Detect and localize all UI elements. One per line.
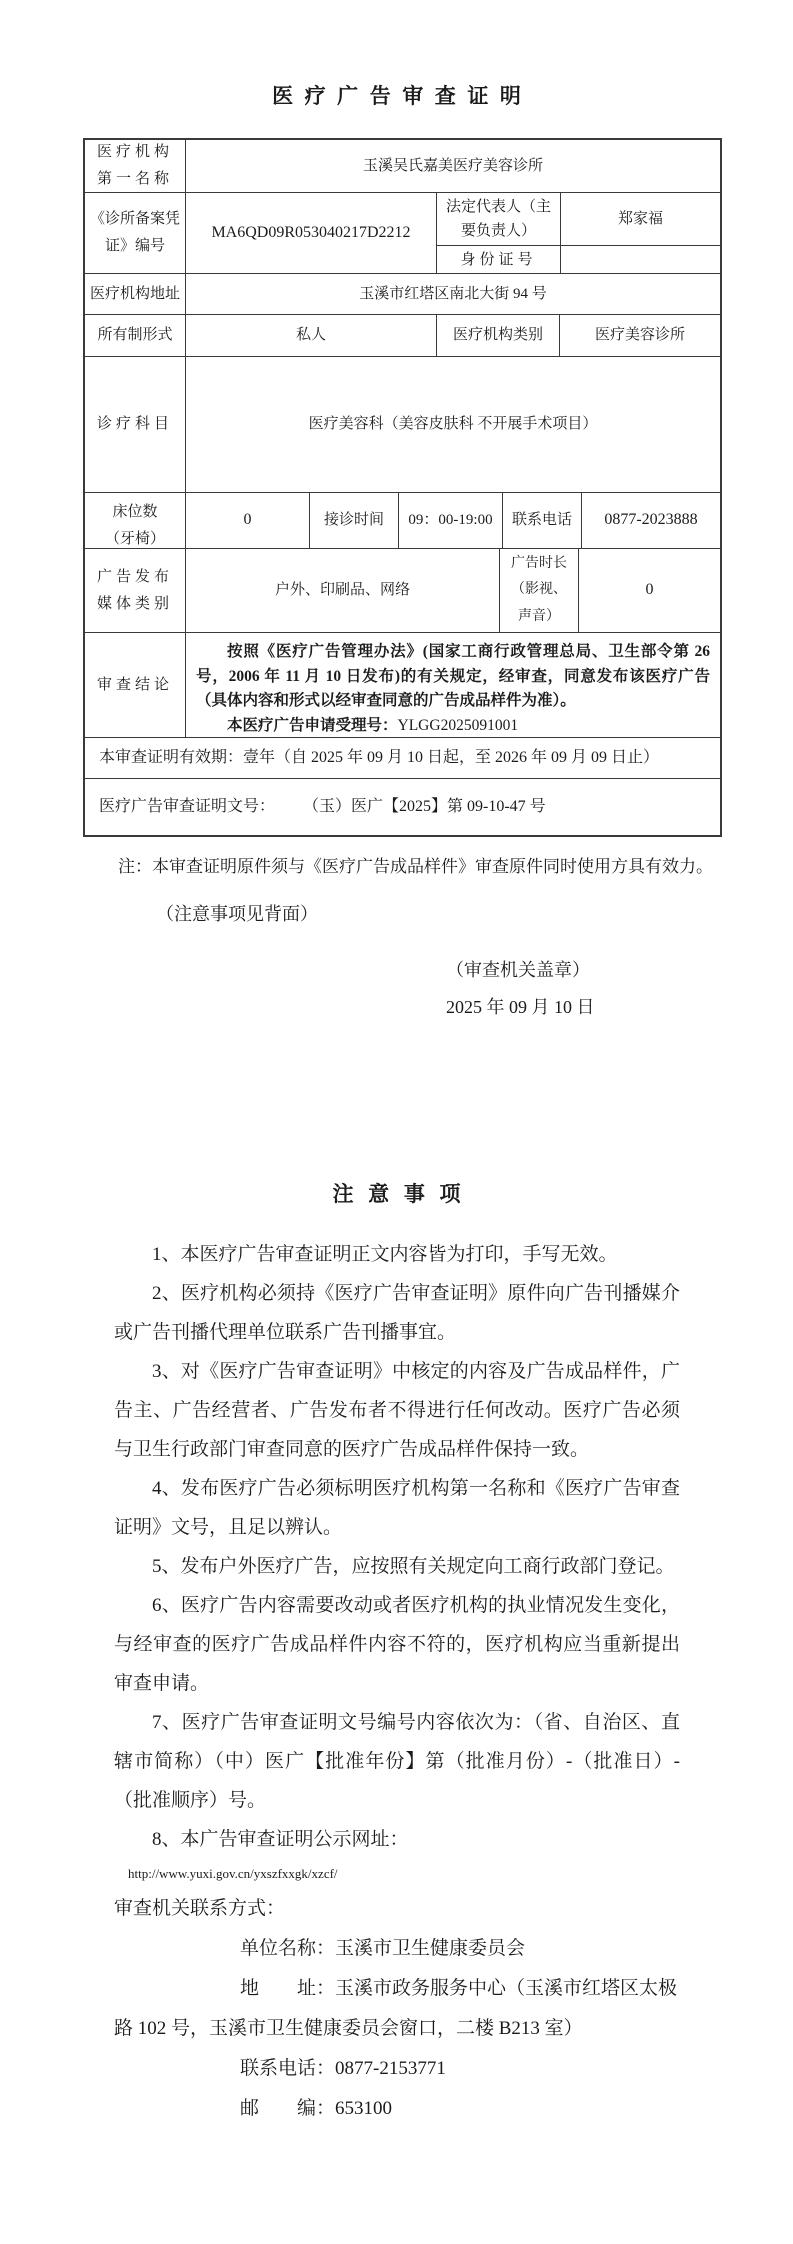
page-title: 医疗广告审查证明 — [0, 80, 793, 110]
cert-no-cell: 医疗广告审查证明文号： （玉）医广【2025】第 09-10-47 号 — [85, 779, 720, 835]
acceptance-line: 本医疗广告申请受理号：YLGG2025091001 — [196, 714, 710, 739]
media-label: 广告发布媒体类别 — [85, 549, 185, 632]
phone-value: 0877-2023888 — [581, 493, 720, 548]
contact-heading: 审查机关联系方式： — [114, 1889, 680, 1929]
notice-item-4: 4、发布医疗广告必须标明医疗机构第一名称和《医疗广告审查证明》文号，且足以辨认。 — [114, 1469, 680, 1547]
table-row-address: 医疗机构地址 玉溪市红塔区南北大街 94 号 — [85, 273, 720, 314]
conclusion-label: 审查结论 — [85, 633, 185, 737]
org-name-label: 医疗机构第一名称 — [85, 140, 185, 192]
ownership-value: 私人 — [185, 315, 436, 356]
duration-value: 0 — [578, 549, 720, 632]
table-row-ownership: 所有制形式 私人 医疗机构类别 医疗美容诊所 — [85, 314, 720, 356]
acceptance-number: YLGG2025091001 — [398, 717, 519, 734]
certificate-page: 医疗广告审查证明 医疗机构第一名称 玉溪吴氏嘉美医疗美容诊所 《诊所备案凭证》编… — [0, 0, 793, 2244]
address-value: 玉溪市红塔区南北大街 94 号 — [185, 274, 720, 314]
legal-rep-subrow: 法定代表人（主要负责人） 郑家福 — [437, 193, 720, 245]
table-row-org-name: 医疗机构第一名称 玉溪吴氏嘉美医疗美容诊所 — [85, 140, 720, 192]
legal-rep-label: 法定代表人（主要负责人） — [437, 193, 560, 245]
issue-date: 2025 年 09 月 10 日 — [446, 993, 595, 1019]
notices-body: 1、本医疗广告审查证明正文内容皆为打印，手写无效。 2、医疗机构必须持《医疗广告… — [114, 1235, 680, 2129]
ownership-label: 所有制形式 — [85, 315, 185, 356]
certificate-table: 医疗机构第一名称 玉溪吴氏嘉美医疗美容诊所 《诊所备案凭证》编号 MA6QD09… — [83, 138, 722, 837]
media-value: 户外、印刷品、网络 — [185, 549, 499, 632]
cert-no-label: 医疗广告审查证明文号： — [99, 793, 275, 822]
stamp-placeholder: （审查机关盖章） — [446, 956, 590, 982]
address-label: 医疗机构地址 — [85, 274, 185, 314]
notice-item-7: 7、医疗广告审查证明文号编号内容依次为：（省、自治区、直辖市简称）（中）医广【批… — [114, 1703, 680, 1820]
conclusion-cell: 按照《医疗广告管理办法》(国家工商行政管理总局、卫生部令第 26 号，2006 … — [185, 633, 720, 737]
beds-label: 床位数 （牙椅） — [85, 493, 185, 548]
org-type-label: 医疗机构类别 — [436, 315, 559, 356]
notice-item-5: 5、发布户外医疗广告，应按照有关规定向工商行政部门登记。 — [114, 1547, 680, 1586]
departments-value: 医疗美容科（美容皮肤科 不开展手术项目） — [185, 357, 720, 492]
phone-label: 联系电话 — [502, 493, 581, 548]
notice-item-1: 1、本医疗广告审查证明正文内容皆为打印，手写无效。 — [114, 1235, 680, 1274]
cert-no-value: （玉）医广【2025】第 09-10-47 号 — [303, 793, 546, 822]
validity-text: 本审查证明有效期：壹年（自 2025 年 09 月 10 日起，至 2026 年… — [85, 738, 720, 778]
table-row-media: 广告发布媒体类别 户外、印刷品、网络 广告时长（影视、声音） 0 — [85, 548, 720, 632]
conclusion-body: 按照《医疗广告管理办法》(国家工商行政管理总局、卫生部令第 26 号，2006 … — [196, 640, 710, 714]
record-no-value: MA6QD09R053040217D2212 — [185, 193, 436, 273]
table-row-departments: 诊疗科目 医疗美容科（美容皮肤科 不开展手术项目） — [85, 356, 720, 492]
notice-item-2: 2、医疗机构必须持《医疗广告审查证明》原件向广告刊播媒介或广告刊播代理单位联系广… — [114, 1274, 680, 1352]
org-type-value: 医疗美容诊所 — [559, 315, 720, 356]
beds-value: 0 — [185, 493, 309, 548]
contact-phone: 联系电话：0877-2153771 — [114, 2049, 680, 2089]
org-name-value: 玉溪吴氏嘉美医疗美容诊所 — [185, 140, 720, 192]
back-note: （注意事项见背面） — [156, 900, 318, 926]
table-row-validity: 本审查证明有效期：壹年（自 2025 年 09 月 10 日起，至 2026 年… — [85, 737, 720, 778]
table-row-conclusion: 审查结论 按照《医疗广告管理办法》(国家工商行政管理总局、卫生部令第 26 号，… — [85, 632, 720, 737]
id-no-subrow: 身份证号 — [437, 245, 720, 274]
table-row-beds-hours-phone: 床位数 （牙椅） 0 接诊时间 09：00-19:00 联系电话 0877-20… — [85, 492, 720, 548]
notices-title: 注意事项 — [0, 1178, 793, 1208]
legal-rep-id-block: 法定代表人（主要负责人） 郑家福 身份证号 — [436, 193, 720, 273]
departments-label: 诊疗科目 — [85, 357, 185, 492]
beds-label-line1: 床位数 — [90, 499, 180, 526]
record-no-label: 《诊所备案凭证》编号 — [85, 193, 185, 273]
notice-item-8: 8、本广告审查证明公示网址： — [114, 1820, 680, 1859]
table-row-record-no: 《诊所备案凭证》编号 MA6QD09R053040217D2212 法定代表人（… — [85, 192, 720, 273]
id-no-value — [560, 246, 720, 274]
contact-unit-name: 单位名称：玉溪市卫生健康委员会 — [114, 1929, 680, 1969]
legal-rep-value: 郑家福 — [560, 193, 720, 245]
contact-postcode: 邮 编：653100 — [114, 2089, 680, 2129]
publicity-url: http://www.yuxi.gov.cn/yxszfxxgk/xzcf/ — [114, 1859, 680, 1889]
hours-value: 09：00-19:00 — [398, 493, 502, 548]
notice-item-6: 6、医疗广告内容需要改动或者医疗机构的执业情况发生变化，与经审查的医疗广告成品样… — [114, 1586, 680, 1703]
acceptance-label: 本医疗广告申请受理号： — [227, 717, 398, 734]
duration-label: 广告时长（影视、声音） — [499, 549, 578, 632]
notice-item-3: 3、对《医疗广告审查证明》中核定的内容及广告成品样件，广告主、广告经营者、广告发… — [114, 1352, 680, 1469]
hours-label: 接诊时间 — [309, 493, 398, 548]
id-no-label: 身份证号 — [437, 246, 560, 274]
original-note: 注：本审查证明原件须与《医疗广告成品样件》审查原件同时使用方具有效力。 — [118, 852, 713, 877]
table-row-cert-no: 医疗广告审查证明文号： （玉）医广【2025】第 09-10-47 号 — [85, 778, 720, 835]
contact-address: 地 址：玉溪市政务服务中心（玉溪市红塔区太极路 102 号，玉溪市卫生健康委员会… — [114, 1969, 680, 2049]
